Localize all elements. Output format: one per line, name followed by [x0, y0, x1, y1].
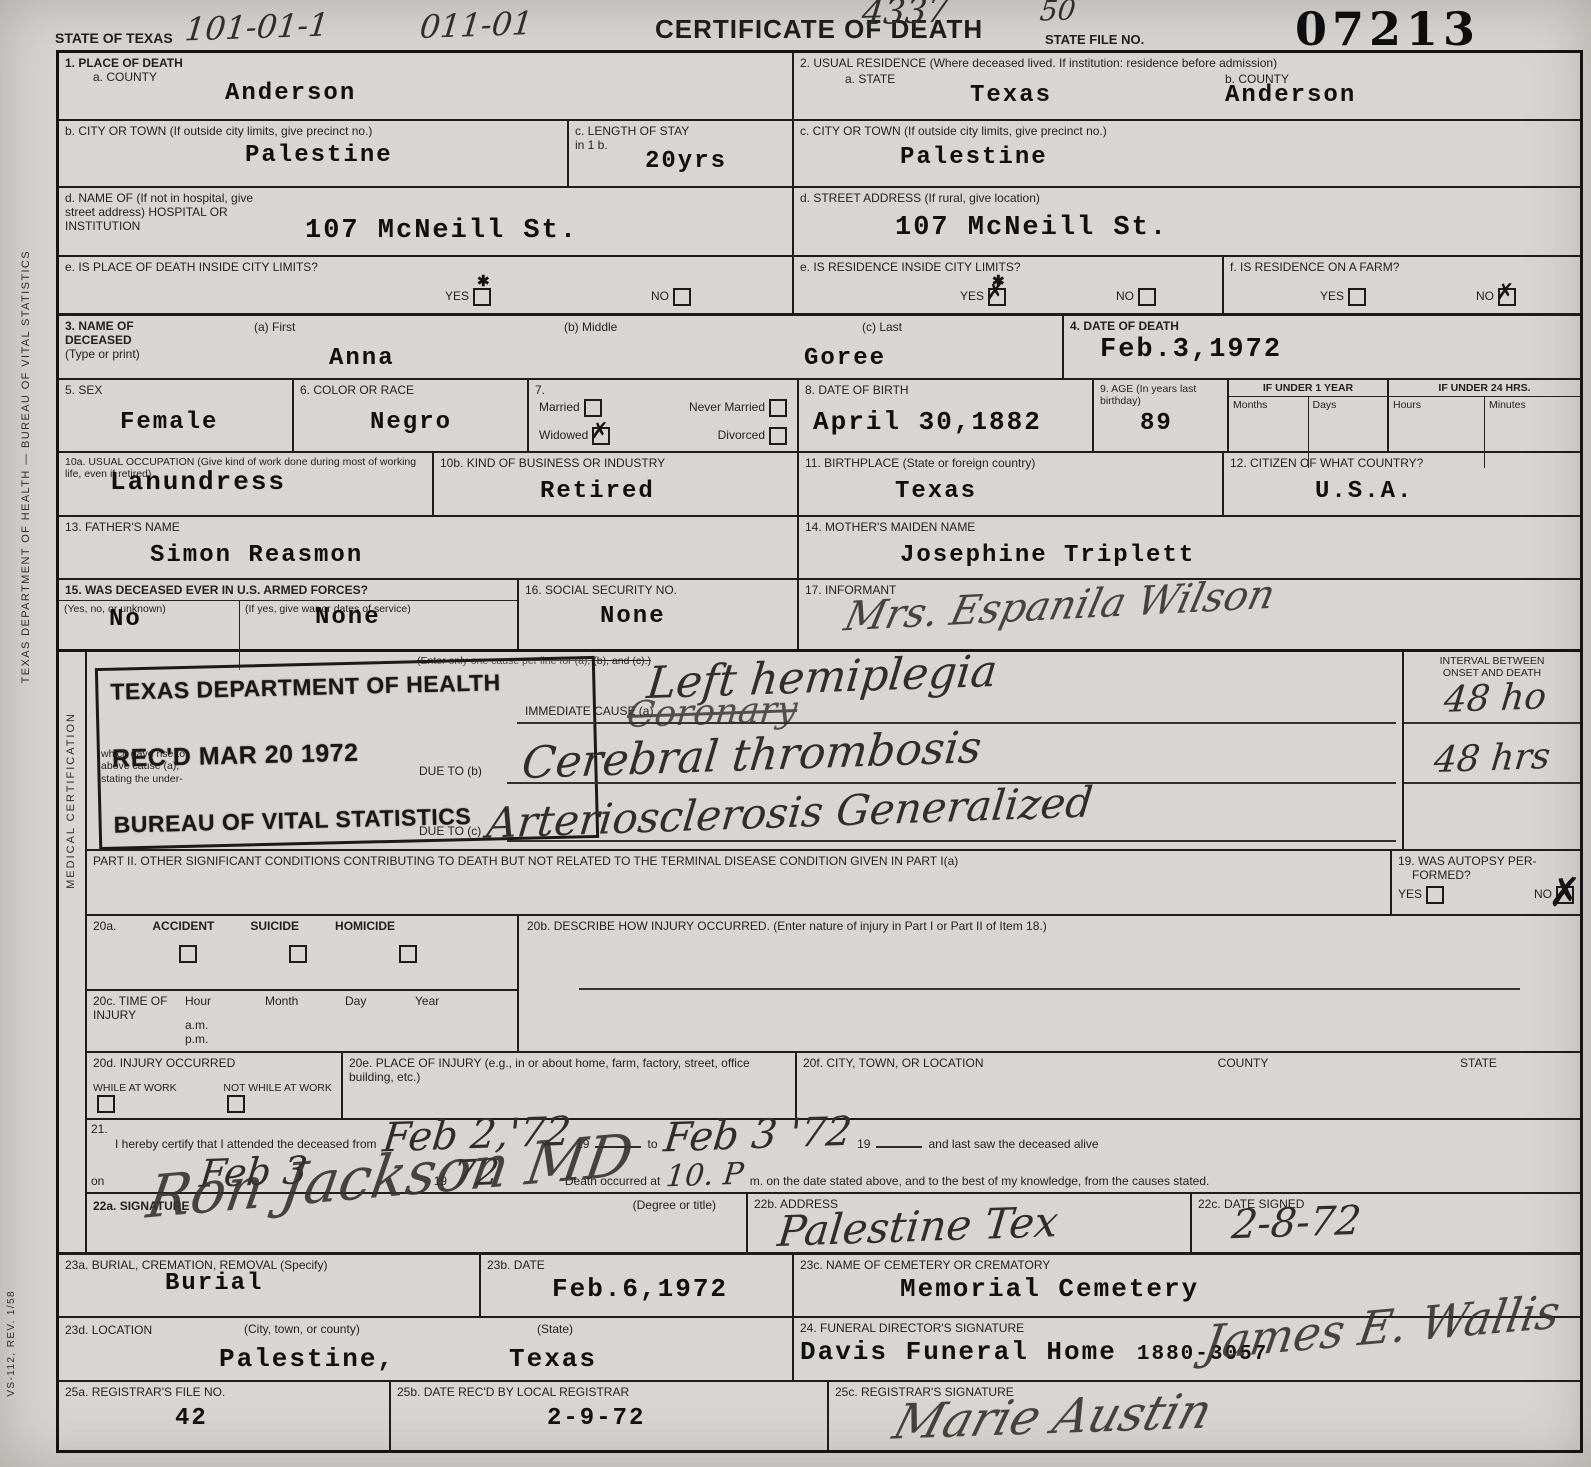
pod-limits-label: e. IS PLACE OF DEATH INSIDE CITY LIMITS?: [65, 260, 786, 274]
field-citizen: 12. CITIZEN OF WHAT COUNTRY? U.S.A.: [1222, 453, 1580, 515]
year-label: Year: [415, 994, 511, 1048]
residence-farm-label: f. IS RESIDENCE ON A FARM?: [1230, 260, 1574, 274]
asterisk-mark: ✱: [477, 273, 490, 291]
field-race: 6. COLOR OR RACE Negro: [292, 380, 527, 451]
pod-city-value: Palestine: [245, 142, 561, 169]
location-city-sub-label: (City, town, or county): [244, 1322, 360, 1336]
row-forces-ssn-informant: 15. WAS DECEASED EVER IN U.S. ARMED FORC…: [59, 578, 1580, 649]
never-married-checkbox: [769, 399, 787, 417]
field-name-of-deceased: 3. NAME OF DECEASED (Type or print) (a) …: [59, 316, 1062, 378]
certify-text-2: and last saw the deceased alive: [928, 1137, 1098, 1151]
burial-date-value: Feb.6,1972: [552, 1274, 786, 1304]
certify-year-2-blank: [876, 1146, 922, 1148]
armed-forces-label: 15. WAS DECEASED EVER IN U.S. ARMED FORC…: [59, 580, 517, 601]
field-physician-address: 22b. ADDRESS Palestine Tex: [746, 1194, 1190, 1252]
autopsy-no-checkbox: ✗: [1556, 886, 1574, 904]
marital-label: 7.: [535, 383, 791, 397]
mother-value: Josephine Triplett: [900, 542, 1574, 569]
handwritten-top-number-1: 4337: [860, 0, 951, 34]
residence-limits-yes-checkbox: ✱✗: [988, 288, 1006, 306]
handwritten-code-1: 101-01-1: [183, 5, 331, 48]
injury-left-column: 20a. ACCIDENT SUICIDE HOMICIDE: [87, 916, 517, 1051]
hospital-label: d. NAME OF (If not in hospital, give str…: [65, 191, 280, 252]
row-place-residence-top: 1. PLACE OF DEATH a. COUNTY Anderson 2. …: [59, 53, 1580, 119]
due-to-c-label: DUE TO (c): [419, 824, 481, 838]
age-label: 9. AGE (In years last birthday): [1100, 383, 1221, 408]
armed-forces-answer: No: [109, 606, 234, 633]
divorced-checkbox: [769, 427, 787, 445]
field-pod-city: b. CITY OR TOWN (If outside city limits,…: [59, 121, 567, 186]
place-of-injury-label: 20e. PLACE OF INJURY (e.g., in or about …: [349, 1056, 789, 1084]
row-registrar: 25a. REGISTRAR'S FILE NO. 42 25b. DATE R…: [59, 1380, 1580, 1450]
residence-state: a. STATE Texas: [800, 70, 1170, 109]
farm-no: NO✗: [1476, 288, 1516, 306]
field-date-signed: 22c. DATE SIGNED 2-8-72: [1190, 1194, 1580, 1252]
row-injury-top: 20a. ACCIDENT SUICIDE HOMICIDE: [87, 914, 1580, 1051]
ssn-value: None: [600, 603, 791, 630]
certify-on-label: on: [91, 1174, 104, 1188]
occupation-value: Lanundress: [110, 467, 426, 497]
pm-label: p.m.: [185, 1032, 265, 1046]
field-mother: 14. MOTHER'S MAIDEN NAME Josephine Tripl…: [797, 517, 1580, 578]
county-value: Anderson: [225, 80, 786, 107]
residence-limits-no-checkbox: [1138, 288, 1156, 306]
autopsy-no: NO✗: [1534, 886, 1574, 904]
first-name-label: (a) First: [254, 320, 295, 334]
stamp-line-1: TEXAS DEPARTMENT OF HEALTH: [110, 667, 581, 705]
field-age: 9. AGE (In years last birthday) 89: [1092, 380, 1227, 451]
under-24-hrs-label: IF UNDER 24 HRS.: [1389, 380, 1580, 397]
suicide-checkbox: [289, 945, 307, 963]
dob-label: 8. DATE OF BIRTH: [805, 383, 1086, 397]
field-if-under-1-year: IF UNDER 1 YEAR Months Days: [1227, 380, 1387, 451]
row-occupation: 10a. USUAL OCCUPATION (Give kind of work…: [59, 451, 1580, 515]
field-autopsy: 19. WAS AUTOPSY PER-FORMED? YES NO✗: [1390, 851, 1580, 914]
field-accident-suicide-homicide: 20a. ACCIDENT SUICIDE HOMICIDE: [87, 916, 517, 991]
interval-label: INTERVAL BETWEENONSET AND DEATH: [1404, 655, 1580, 680]
certify-text-3: m. on the date stated above, and to the …: [750, 1174, 1210, 1188]
x-mark-farm-no: ✗: [1496, 280, 1514, 306]
part2-label: PART II. OTHER SIGNIFICANT CONDITIONS CO…: [93, 854, 1384, 868]
autopsy-yes-checkbox: [1426, 886, 1444, 904]
field-pod-limits: e. IS PLACE OF DEATH INSIDE CITY LIMITS?…: [59, 257, 792, 313]
medical-certification-rows: (Enter only one cause per line for (a), …: [85, 652, 1580, 1252]
last-name-value: Goree: [804, 345, 886, 372]
row-parents: 13. FATHER'S NAME Simon Reasmon 14. MOTH…: [59, 515, 1580, 578]
sex-label: 5. SEX: [65, 383, 286, 397]
father-value: Simon Reasmon: [150, 542, 791, 569]
residence-county-value: Anderson: [1225, 82, 1574, 109]
homicide-label: HOMICIDE: [335, 919, 395, 933]
location-state-sub-label: (State): [537, 1322, 573, 1336]
registrar-date-label: 25b. DATE REC'D BY LOCAL REGISTRAR: [397, 1385, 821, 1399]
field-residence-farm: f. IS RESIDENCE ON A FARM? YES NO✗: [1222, 257, 1580, 313]
widowed-option: Widowed✗: [539, 427, 610, 445]
field-physician-signature: 22a. SIGNATURE (Degree or title) Ron Jac…: [87, 1194, 746, 1252]
field-registrar-file: 25a. REGISTRAR'S FILE NO. 42: [59, 1382, 389, 1450]
injury-city-label: 20f. CITY, TOWN, OR LOCATION: [803, 1056, 1103, 1115]
interval-line-a: [1404, 722, 1580, 724]
field-injury-city: 20f. CITY, TOWN, OR LOCATION COUNTY STAT…: [795, 1053, 1580, 1118]
divorced-option: Divorced: [718, 427, 787, 445]
birthplace-value: Texas: [895, 478, 1216, 505]
row-part2-autopsy: PART II. OTHER SIGNIFICANT CONDITIONS CO…: [87, 849, 1580, 914]
mother-label: 14. MOTHER'S MAIDEN NAME: [805, 520, 1574, 534]
pod-limits-no-checkbox: [673, 288, 691, 306]
field-date-of-birth: 8. DATE OF BIRTH April 30,1882: [797, 380, 1092, 451]
never-married-option: Never Married: [689, 399, 787, 417]
industry-value: Retired: [540, 478, 791, 505]
medical-certification-vertical-label: MEDICAL CERTIFICATION: [65, 712, 77, 889]
field-sex: 5. SEX Female: [59, 380, 292, 451]
row-city: b. CITY OR TOWN (If outside city limits,…: [59, 119, 1580, 186]
interval-column: INTERVAL BETWEENONSET AND DEATH 48 ho 48…: [1402, 652, 1580, 849]
citizen-label: 12. CITIZEN OF WHAT COUNTRY?: [1230, 456, 1574, 470]
funeral-home-value: Davis Funeral Home: [800, 1337, 1117, 1367]
suicide-label: SUICIDE: [250, 919, 299, 933]
name-label: 3. NAME OF DECEASED: [65, 319, 185, 347]
gave-rise-label: which gave rise toabove cause (a),statin…: [101, 748, 211, 785]
left-margin-vertical-text: TEXAS DEPARTMENT OF HEALTH — BUREAU OF V…: [20, 250, 32, 683]
x-mark-widowed: ✗: [590, 419, 608, 445]
accident-label: ACCIDENT: [152, 919, 214, 933]
field-part2: PART II. OTHER SIGNIFICANT CONDITIONS CO…: [87, 851, 1390, 914]
injury-occurred-label: 20d. INJURY OCCURRED: [93, 1056, 335, 1070]
pod-city-label: b. CITY OR TOWN (If outside city limits,…: [65, 124, 561, 138]
residence-county: b. COUNTY Anderson: [1170, 70, 1574, 109]
certify-year-2: 19: [857, 1137, 870, 1151]
field-ssn: 16. SOCIAL SECURITY NO. None: [517, 580, 797, 649]
handwritten-code-2: 011-01: [418, 4, 535, 46]
location-label: 23d. LOCATION: [65, 1323, 152, 1337]
field-burial-type: 23a. BURIAL, CREMATION, REMOVAL (Specify…: [59, 1255, 479, 1316]
burial-date-label: 23b. DATE: [487, 1258, 786, 1272]
row-demographics: 5. SEX Female 6. COLOR OR RACE Negro 7. …: [59, 378, 1580, 451]
pod-limits-yes-checkbox: ✱: [473, 288, 491, 306]
residence-state-value: Texas: [970, 82, 1170, 109]
widowed-checkbox: ✗: [592, 427, 610, 445]
x-mark-residence-yes: ✗: [986, 280, 1004, 306]
row-injury-place: 20d. INJURY OCCURRED WHILE AT WORK NOT W…: [87, 1051, 1580, 1118]
married-option: Married: [539, 399, 602, 417]
date-of-death-value: Feb.3,1972: [1100, 335, 1574, 365]
month-label: Month: [265, 994, 345, 1048]
injury-state-label: STATE: [1383, 1056, 1574, 1115]
death-certificate-scan: STATE OF TEXAS 101-01-1 011-01 CERTIFICA…: [0, 0, 1591, 1467]
field-informant: 17. INFORMANT Mrs. Espanila Wilson: [797, 580, 1580, 649]
medical-certification-section: MEDICAL CERTIFICATION (Enter only one ca…: [59, 649, 1580, 1252]
farm-no-checkbox: ✗: [1498, 288, 1516, 306]
row-address: d. NAME OF (If not in hospital, give str…: [59, 186, 1580, 255]
residence-limits-yes: YES✱✗: [960, 288, 1006, 306]
street-address-label: d. STREET ADDRESS (If rural, give locati…: [800, 191, 1574, 205]
pod-limits-yes: YES✱: [445, 288, 491, 306]
armed-forces-detail: None: [315, 604, 512, 631]
length-of-stay-value: 20yrs: [645, 148, 786, 175]
certificate-form: 1. PLACE OF DEATH a. COUNTY Anderson 2. …: [56, 50, 1583, 1453]
first-name-value: Anna: [329, 345, 395, 372]
due-to-b-label: DUE TO (b): [419, 764, 482, 778]
registrar-date-value: 2-9-72: [547, 1405, 821, 1432]
date-signed-handwriting: 2-8-72: [1230, 1198, 1364, 1249]
handwritten-top-number-2: 50: [1038, 0, 1077, 28]
name-label-2: (Type or print): [65, 347, 1056, 361]
field-injury-occurred: 20d. INJURY OCCURRED WHILE AT WORK NOT W…: [87, 1053, 341, 1118]
residence-city-value: Palestine: [900, 144, 1574, 171]
row-location-director: 23d. LOCATION (City, town, or county) (S…: [59, 1316, 1580, 1380]
residence-limits-label: e. IS RESIDENCE INSIDE CITY LIMITS?: [800, 260, 1216, 274]
field-if-under-24-hrs: IF UNDER 24 HRS. Hours Minutes: [1387, 380, 1580, 451]
certify-item-number: 21.: [91, 1122, 108, 1136]
medical-certification-strip: MEDICAL CERTIFICATION: [59, 652, 85, 1252]
cause-main: (Enter only one cause per line for (a), …: [87, 652, 1402, 849]
death-time-handwriting: 10. P: [664, 1157, 745, 1195]
field-residence-limits: e. IS RESIDENCE INSIDE CITY LIMITS? YES✱…: [792, 257, 1222, 313]
last-name-label: (c) Last: [862, 320, 902, 334]
hospital-value: 107 McNeill St.: [305, 216, 578, 246]
time-of-injury-label: 20c. TIME OF INJURY: [93, 994, 185, 1048]
farm-yes-checkbox: [1348, 288, 1366, 306]
sex-value: Female: [120, 409, 286, 436]
injury-county-label: COUNTY: [1103, 1056, 1383, 1115]
field-burial-location: 23d. LOCATION (City, town, or county) (S…: [59, 1318, 792, 1380]
citizen-value: U.S.A.: [1315, 478, 1574, 505]
informant-signature: Mrs. Espanila Wilson: [840, 572, 1280, 641]
field-occupation: 10a. USUAL OCCUPATION (Give kind of work…: [59, 453, 432, 515]
field-time-of-injury: 20c. TIME OF INJURY Hour a.m. p.m. Month…: [87, 991, 517, 1051]
while-at-work-option: WHILE AT WORK: [93, 1082, 183, 1112]
pod-limits-no: NO: [651, 288, 691, 306]
degree-title-label: (Degree or title): [633, 1198, 716, 1212]
length-of-stay-label: c. LENGTH OF STAY: [575, 124, 786, 138]
location-city-value: Palestine,: [219, 1344, 395, 1374]
day-label: Day: [345, 994, 415, 1048]
x-mark-autopsy-no: ✗: [1548, 870, 1582, 917]
field-residence-city: c. CITY OR TOWN (If outside city limits,…: [792, 121, 1580, 186]
field-usual-residence: 2. USUAL RESIDENCE (Where deceased lived…: [792, 53, 1580, 119]
birthplace-label: 11. BIRTHPLACE (State or foreign country…: [805, 456, 1216, 470]
field-street-address: d. STREET ADDRESS (If rural, give locati…: [792, 188, 1580, 255]
describe-injury-blank-line: [579, 988, 1520, 990]
hour-column: Hour a.m. p.m.: [185, 994, 265, 1048]
state-of-texas-label: STATE OF TEXAS: [55, 30, 173, 47]
race-value: Negro: [370, 409, 521, 436]
state-file-number: 07213: [1295, 2, 1480, 56]
date-of-death-label: 4. DATE OF DEATH: [1070, 319, 1574, 333]
residence-limits-no: NO: [1116, 288, 1156, 306]
age-value: 89: [1140, 410, 1221, 437]
married-checkbox: [584, 399, 602, 417]
registrar-file-value: 42: [175, 1405, 383, 1432]
describe-injury-label: 20b. DESCRIBE HOW INJURY OCCURRED. (Ente…: [527, 919, 1572, 933]
burial-type-value: Burial: [165, 1270, 473, 1297]
usual-residence-label: 2. USUAL RESIDENCE (Where deceased lived…: [800, 56, 1574, 70]
physician-address-handwriting: Palestine Tex: [775, 1197, 1060, 1256]
field-industry: 10b. KIND OF BUSINESS OR INDUSTRY Retire…: [432, 453, 797, 515]
registrar-file-label: 25a. REGISTRAR'S FILE NO.: [65, 1385, 383, 1399]
cemetery-label: 23c. NAME OF CEMETERY OR CREMATORY: [800, 1258, 1574, 1272]
registrar-signature: Marie Austin: [887, 1383, 1219, 1451]
field-hospital: d. NAME OF (If not in hospital, give str…: [59, 188, 792, 255]
accident-checkbox: [179, 945, 197, 963]
ssn-label: 16. SOCIAL SECURITY NO.: [525, 583, 791, 597]
field-registrar-date: 25b. DATE REC'D BY LOCAL REGISTRAR 2-9-7…: [389, 1382, 827, 1450]
row-cause-of-death: (Enter only one cause per line for (a), …: [87, 652, 1580, 849]
injury-20a-label: 20a.: [93, 919, 116, 933]
autopsy-yes: YES: [1398, 886, 1444, 904]
field-funeral-director: 24. FUNERAL DIRECTOR'S SIGNATURE Davis F…: [792, 1318, 1580, 1380]
certify-to-label: to: [647, 1137, 657, 1151]
hour-label: Hour: [185, 994, 265, 1008]
middle-name-label: (b) Middle: [564, 320, 617, 334]
state-file-no-label: STATE FILE NO.: [1045, 32, 1144, 47]
dob-value: April 30,1882: [813, 407, 1086, 437]
residence-city-label: c. CITY OR TOWN (If outside city limits,…: [800, 124, 1574, 138]
interval-line-b: [1404, 782, 1580, 784]
under-1-year-label: IF UNDER 1 YEAR: [1229, 380, 1387, 397]
place-of-death-label: 1. PLACE OF DEATH: [65, 56, 786, 70]
attended-to-handwriting: Feb 3 '72: [661, 1109, 853, 1162]
field-birthplace: 11. BIRTHPLACE (State or foreign country…: [797, 453, 1222, 515]
field-describe-injury: 20b. DESCRIBE HOW INJURY OCCURRED. (Ente…: [517, 916, 1580, 1051]
form-code-vertical-text: VS-112, REV. 1/58: [6, 1290, 17, 1397]
field-registrar-signature: 25c. REGISTRAR'S SIGNATURE Marie Austin: [827, 1382, 1580, 1450]
field-father: 13. FATHER'S NAME Simon Reasmon: [59, 517, 797, 578]
while-at-work-checkbox: [97, 1095, 115, 1113]
field-length-of-stay: c. LENGTH OF STAY in 1 b. 20yrs: [567, 121, 792, 186]
field-date-of-death: 4. DATE OF DEATH Feb.3,1972: [1062, 316, 1580, 378]
field-marital-status: 7. Married Never Married Widowed✗ Divorc…: [527, 380, 797, 451]
homicide-checkbox: [399, 945, 417, 963]
father-label: 13. FATHER'S NAME: [65, 520, 791, 534]
farm-yes: YES: [1320, 288, 1366, 306]
interval-b-handwriting: 48 hrs: [1432, 736, 1552, 781]
field-place-of-death: 1. PLACE OF DEATH a. COUNTY Anderson: [59, 53, 792, 119]
industry-label: 10b. KIND OF BUSINESS OR INDUSTRY: [440, 456, 791, 470]
row-limits: e. IS PLACE OF DEATH INSIDE CITY LIMITS?…: [59, 255, 1580, 313]
race-label: 6. COLOR OR RACE: [300, 383, 521, 397]
not-while-at-work-checkbox: [227, 1095, 245, 1113]
row-signature: 22a. SIGNATURE (Degree or title) Ron Jac…: [87, 1192, 1580, 1252]
row-name: 3. NAME OF DECEASED (Type or print) (a) …: [59, 313, 1580, 378]
interval-a-handwriting: 48 ho: [1442, 676, 1548, 721]
residence-state-label: a. STATE: [845, 72, 895, 86]
street-address-value: 107 McNeill St.: [895, 213, 1574, 243]
location-state-value: Texas: [509, 1344, 597, 1374]
am-label: a.m.: [185, 1018, 265, 1032]
field-burial-date: 23b. DATE Feb.6,1972: [479, 1255, 792, 1316]
field-armed-forces: 15. WAS DECEASED EVER IN U.S. ARMED FORC…: [59, 580, 517, 649]
not-while-at-work-option: NOT WHILE AT WORK: [223, 1082, 335, 1112]
